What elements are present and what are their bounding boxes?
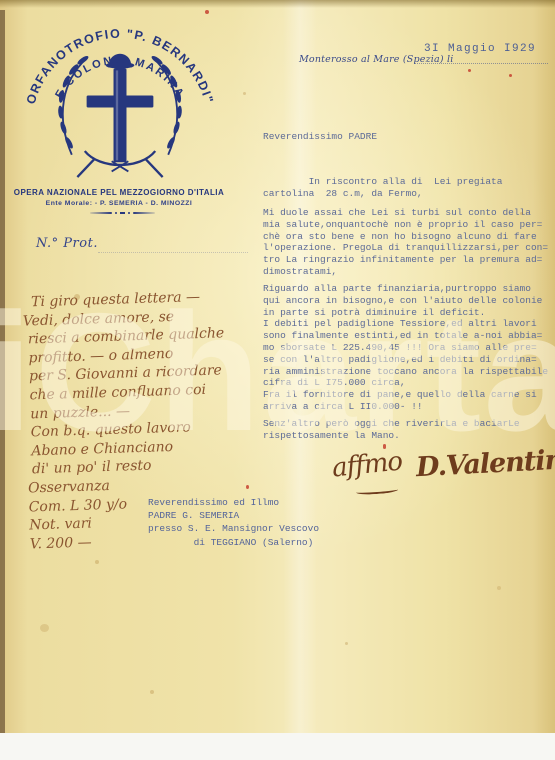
salutation: Reverendissimo PADRE <box>263 131 377 143</box>
foxing-spot <box>520 212 523 215</box>
paragraph-finances: Riguardo alla parte finanziaria,purtropp… <box>263 283 548 413</box>
paper-top-edge <box>0 0 555 8</box>
paragraph-health: Mi duole assai che Lei si turbi sul cont… <box>263 207 548 278</box>
letterhead-divider <box>86 212 158 214</box>
cross-icon <box>87 69 154 163</box>
foxing-spot <box>345 642 348 645</box>
foxing-spot <box>74 294 80 300</box>
org-founders: Ente Morale: - P. SEMERIA - D. MINOZZI <box>8 200 230 207</box>
foxing-spot <box>243 92 246 95</box>
scan-background <box>0 733 555 760</box>
letterhead-org-block: OPERA NAZIONALE PEL MEZZOGIORNO D'ITALIA… <box>8 188 230 207</box>
red-ink-speck <box>246 485 249 489</box>
handwritten-margin-note: Ti giro questa lettera — Vedi, dolce amo… <box>22 287 255 554</box>
foxing-spot <box>497 586 501 590</box>
foxing-spot <box>95 560 99 564</box>
red-ink-speck <box>205 10 209 14</box>
handwritten-signature: affmo D.Valentino <box>330 446 550 506</box>
dateline-typed-date: 3I Maggio I929 <box>424 43 536 55</box>
org-name: OPERA NAZIONALE PEL MEZZOGIORNO D'ITALIA <box>8 188 230 197</box>
protocol-number-label: N.° Prot. <box>36 236 98 251</box>
foxing-spot <box>150 690 154 694</box>
foxing-spot <box>40 624 49 632</box>
signature-prefix: affmo <box>331 446 404 483</box>
paper-left-edge <box>0 10 5 733</box>
protocol-number-line <box>98 252 248 253</box>
red-ink-speck <box>509 74 512 77</box>
red-ink-speck <box>468 69 471 72</box>
signature-name: D.Valentino <box>415 444 555 484</box>
orphanage-crest: ORFANOTROFIO "P. BERNARDI" E COLONIA MAR… <box>16 12 224 190</box>
paragraph-intro: In riscontro alla di Lei pregiata cartol… <box>263 176 502 200</box>
red-ink-speck <box>383 444 386 449</box>
paragraph-closing: Senz'altro però oggi che riverirLa e bac… <box>263 418 520 442</box>
signature-flourish <box>356 487 398 496</box>
